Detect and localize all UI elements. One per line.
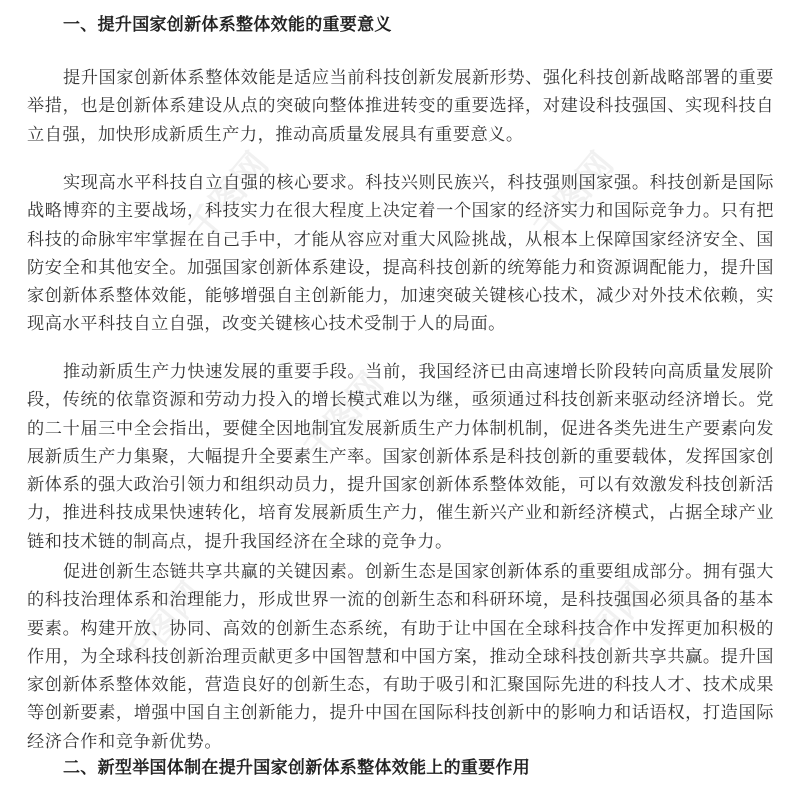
paragraph-2: 实现高水平科技自立自强的核心要求。科技兴则民族兴，科技强则国家强。科技创新是国际… (27, 169, 774, 339)
paragraph-1: 提升国家创新体系整体效能是适应当前科技创新发展新形势、强化科技创新战略部署的重要… (27, 64, 774, 149)
section-heading-1: 一、提升国家创新体系整体效能的重要意义 (63, 10, 392, 35)
paragraph-4: 促进创新生态链共享共赢的关键因素。创新生态是国家创新体系的重要组成部分。拥有强大… (27, 558, 774, 756)
paragraph-3: 推动新质生产力快速发展的重要手段。当前，我国经济已由高速增长阶段转向高质量发展阶… (27, 358, 774, 556)
section-heading-2: 二、新型举国体制在提升国家创新体系整体效能上的重要作用 (63, 753, 530, 778)
